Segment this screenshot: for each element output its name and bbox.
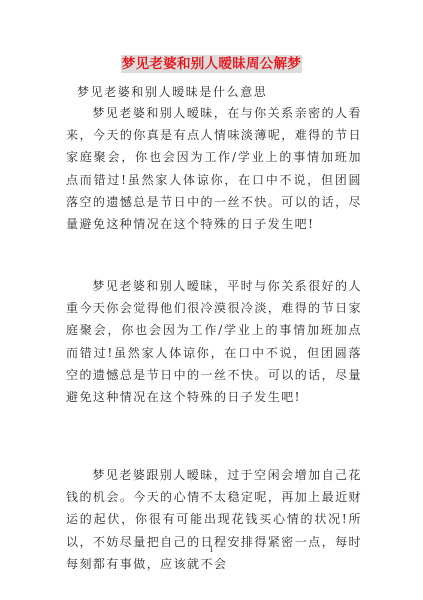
- subheading: 梦见老婆和别人暧昧是什么意思: [77, 84, 267, 100]
- paragraph-2: 梦见老婆和别人暧昧，平时与你关系很好的人重今天你会觉得他们很冷漠很冷淡，难得的节…: [66, 275, 362, 408]
- title-container: 梦见老婆和别人暧昧周公解梦: [0, 53, 423, 73]
- paragraph-1: 梦见老婆和别人暧昧，在与你关系亲密的人看来，今天的你真是有点人情味淡薄呢，难得的…: [66, 102, 362, 235]
- paragraph-3: 梦见老婆跟别人暧昧，过于空闲会增加自己花钱的机会。今天的心情不太稳定呢，再加上最…: [66, 464, 362, 575]
- page-number: 1: [0, 545, 423, 554]
- document-title: 梦见老婆和别人暧昧周公解梦: [121, 55, 302, 73]
- document-page: 梦见老婆和别人暧昧周公解梦 梦见老婆和别人暧昧是什么意思 梦见老婆和别人暧昧，在…: [0, 0, 423, 600]
